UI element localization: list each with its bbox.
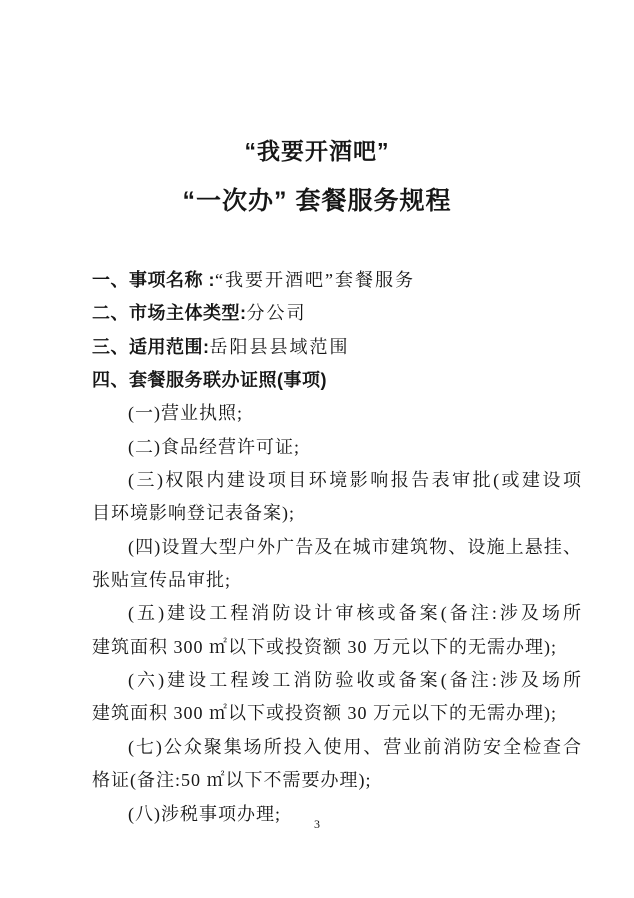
field-value: “我要开酒吧”套餐服务 [215, 270, 415, 290]
page-number: 3 [0, 817, 634, 831]
list-line: (六)建设工程竣工消防验收或备案(备注:涉及场所 [92, 664, 582, 697]
list-line: (四)设置大型户外广告及在城市建筑物、设施上悬挂、 [92, 531, 582, 564]
field-label: 一、事项名称 : [92, 270, 215, 290]
field-label: 四、套餐服务联办证照(事项) [92, 370, 327, 390]
field-label: 二、市场主体类型: [92, 303, 247, 323]
list-line: 建筑面积 300 ㎡以下或投资额 30 万元以下的无需办理); [92, 697, 582, 730]
field-applicable-scope: 三、适用范围:岳阳县县域范围 [92, 331, 582, 364]
list-line: 目环境影响登记表备案); [92, 497, 582, 530]
list-line: 建筑面积 300 ㎡以下或投资额 30 万元以下的无需办理); [92, 631, 582, 664]
document-body: 一、事项名称 :“我要开酒吧”套餐服务 二、市场主体类型:分公司 三、适用范围:… [92, 264, 582, 831]
field-item-name: 一、事项名称 :“我要开酒吧”套餐服务 [92, 264, 582, 297]
field-label: 三、适用范围: [92, 337, 210, 357]
list-line: 张贴宣传品审批; [92, 564, 582, 597]
list-line: (二)食品经营许可证; [92, 431, 582, 464]
list-line: (一)营业执照; [92, 397, 582, 430]
list-line: 格证(备注:50 ㎡以下不需要办理); [92, 764, 582, 797]
list-line: (七)公众聚集场所投入使用、营业前消防安全检查合 [92, 731, 582, 764]
document-title: “我要开酒吧” [0, 139, 634, 164]
field-package-licenses-heading: 四、套餐服务联办证照(事项) [92, 364, 582, 397]
field-value: 岳阳县县域范围 [210, 337, 350, 357]
document-subtitle: “一次办” 套餐服务规程 [0, 188, 634, 215]
field-market-entity-type: 二、市场主体类型:分公司 [92, 297, 582, 330]
list-line: (五)建设工程消防设计审核或备案(备注:涉及场所 [92, 597, 582, 630]
list-line: (三)权限内建设项目环境影响报告表审批(或建设项 [92, 464, 582, 497]
document-page: “我要开酒吧” “一次办” 套餐服务规程 一、事项名称 :“我要开酒吧”套餐服务… [0, 0, 634, 898]
field-value: 分公司 [247, 303, 307, 323]
